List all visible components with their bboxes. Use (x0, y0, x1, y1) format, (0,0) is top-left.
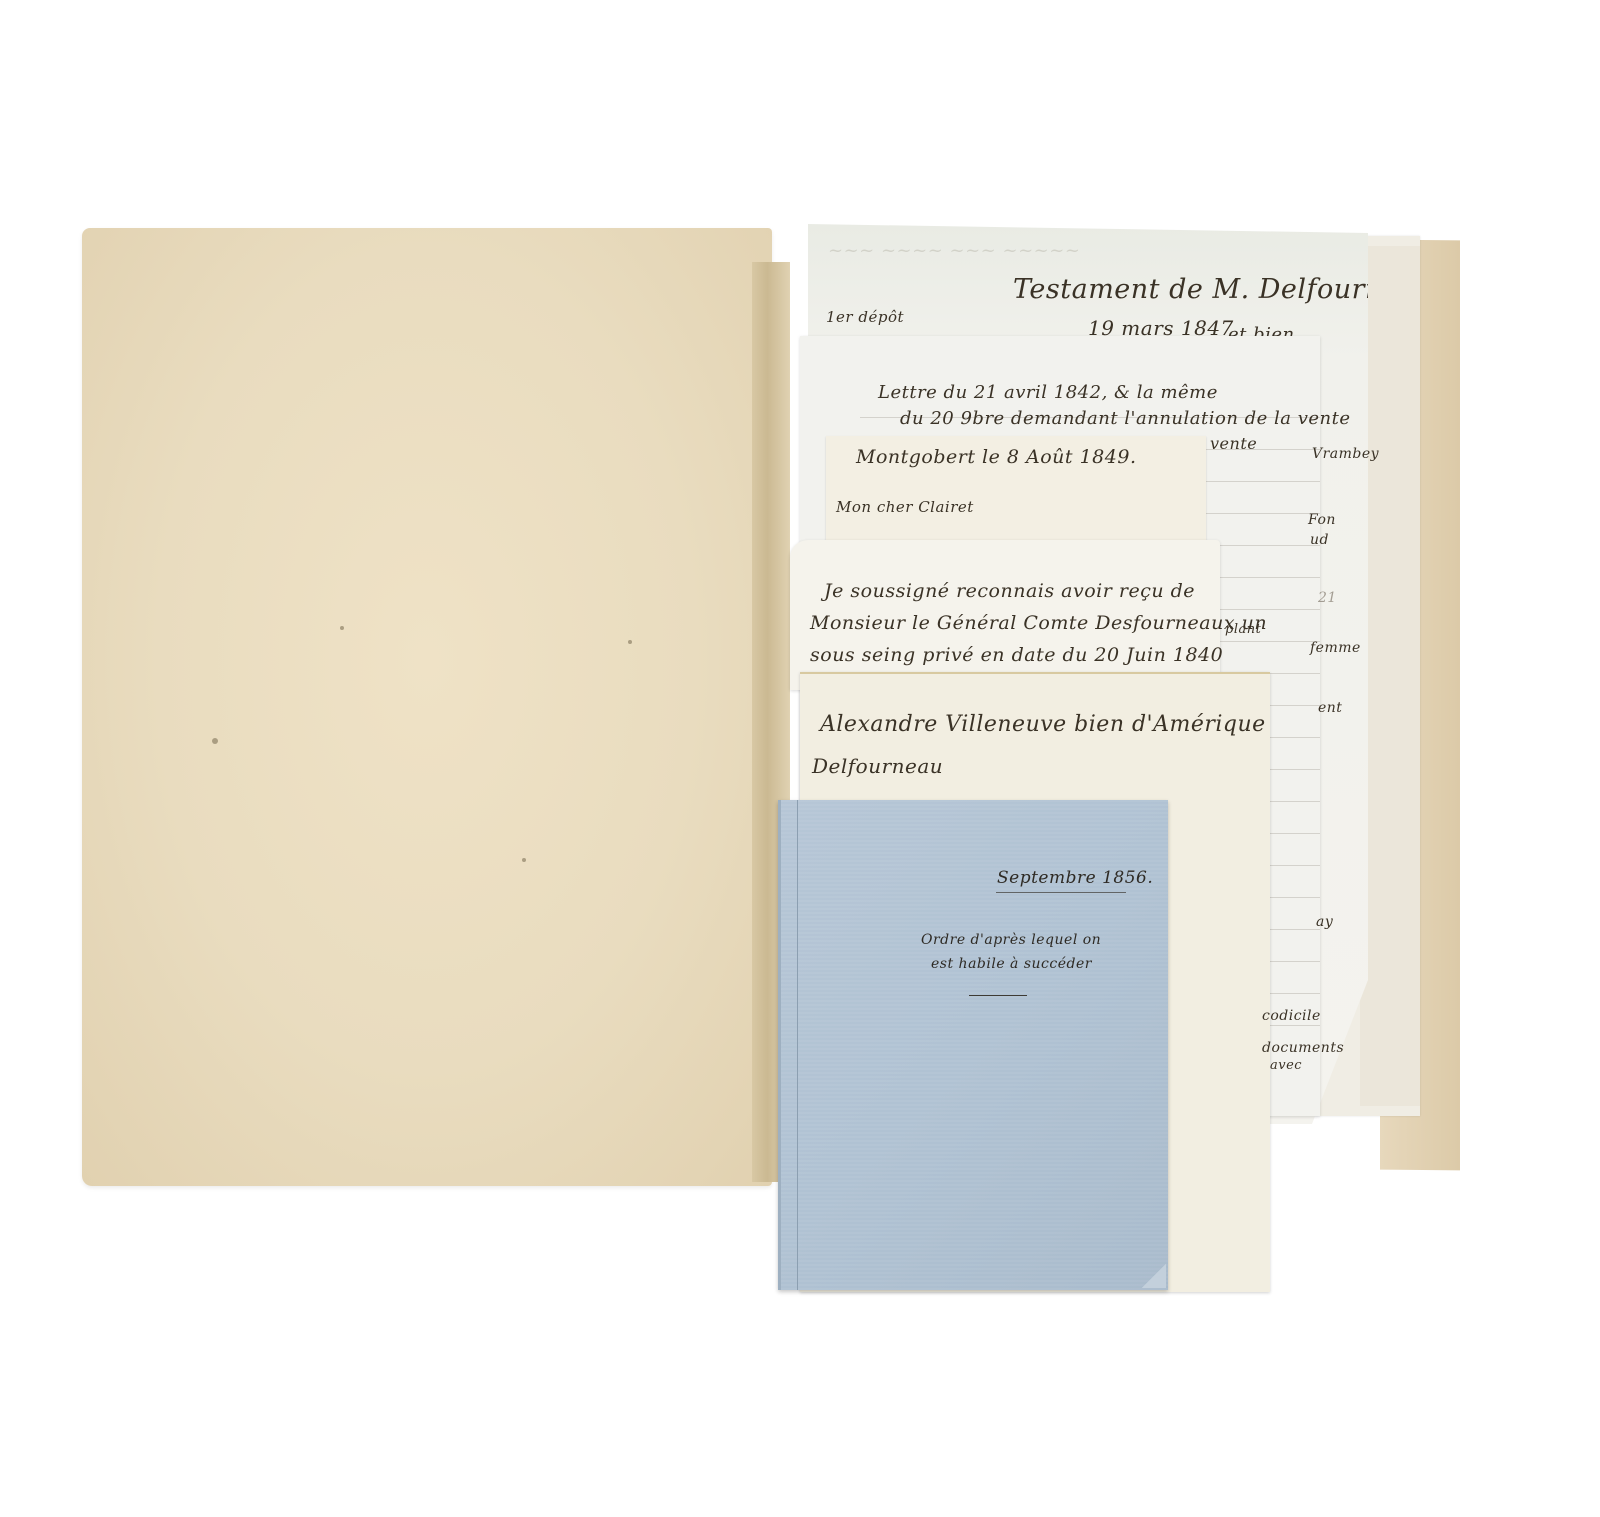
margin-fragment: avec (1270, 1058, 1302, 1073)
margin-fragment: ud (1310, 532, 1329, 548)
margin-fragment: femme (1310, 640, 1361, 656)
notebook-title-underline (969, 995, 1027, 996)
lettre-line-3: vente (1210, 434, 1257, 453)
lettre-line-2: du 20 9bre demandant l'annulation de la … (900, 408, 1351, 429)
lettre-line-1: Lettre du 21 avril 1842, & la même (878, 382, 1218, 403)
foxing-spot (522, 858, 526, 862)
montgobert-salutation: Mon cher Clairet (836, 498, 974, 516)
margin-fragment: Fon (1308, 512, 1336, 528)
notebook-date-underline (996, 892, 1126, 893)
margin-fragment: ent (1318, 700, 1342, 716)
receipt-line-1: Je soussigné reconnais avoir reçu de (824, 580, 1195, 602)
receipt-line-2: Monsieur le Général Comte Desfourneaux u… (810, 612, 1267, 634)
notebook-title-line-1: Ordre d'après lequel on (921, 932, 1101, 948)
montgobert-letter: Montgobert le 8 Août 1849. Mon cher Clai… (826, 436, 1206, 546)
notebook-folded-corner (1142, 1264, 1166, 1288)
notebook-stitching (797, 800, 798, 1290)
notebook-title-line-2: est habile à succéder (931, 956, 1092, 972)
notebook-date: Septembre 1856. (997, 868, 1153, 888)
margin-fragment: documents (1262, 1040, 1344, 1056)
testament-margin-note: 1er dépôt (826, 308, 904, 326)
receipt-document: Je soussigné reconnais avoir reçu de Mon… (790, 540, 1220, 690)
margin-fragment: ay (1316, 914, 1333, 930)
margin-fragment: 21 (1318, 590, 1337, 606)
receipt-line-3: sous seing privé en date du 20 Juin 1840 (810, 644, 1223, 666)
foxing-spot (628, 640, 632, 644)
villeneuve-signature: Delfourneau (812, 754, 943, 778)
montgobert-dateline: Montgobert le 8 Août 1849. (856, 446, 1136, 468)
blue-notebook: Septembre 1856. Ordre d'après lequel on … (778, 800, 1168, 1290)
margin-fragment: codicile (1262, 1008, 1321, 1024)
folder-front-cover (82, 228, 772, 1186)
foxing-spot (212, 738, 218, 744)
bleed-through-text: ~~~ ~~~~ ~~~ ~~~~~ (828, 240, 1080, 261)
villeneuve-line-1: Alexandre Villeneuve bien d'Amérique (820, 712, 1266, 737)
paper-stack-sheet (1360, 246, 1420, 1106)
foxing-spot (340, 626, 344, 630)
margin-fragment: Vrambey (1312, 446, 1379, 462)
